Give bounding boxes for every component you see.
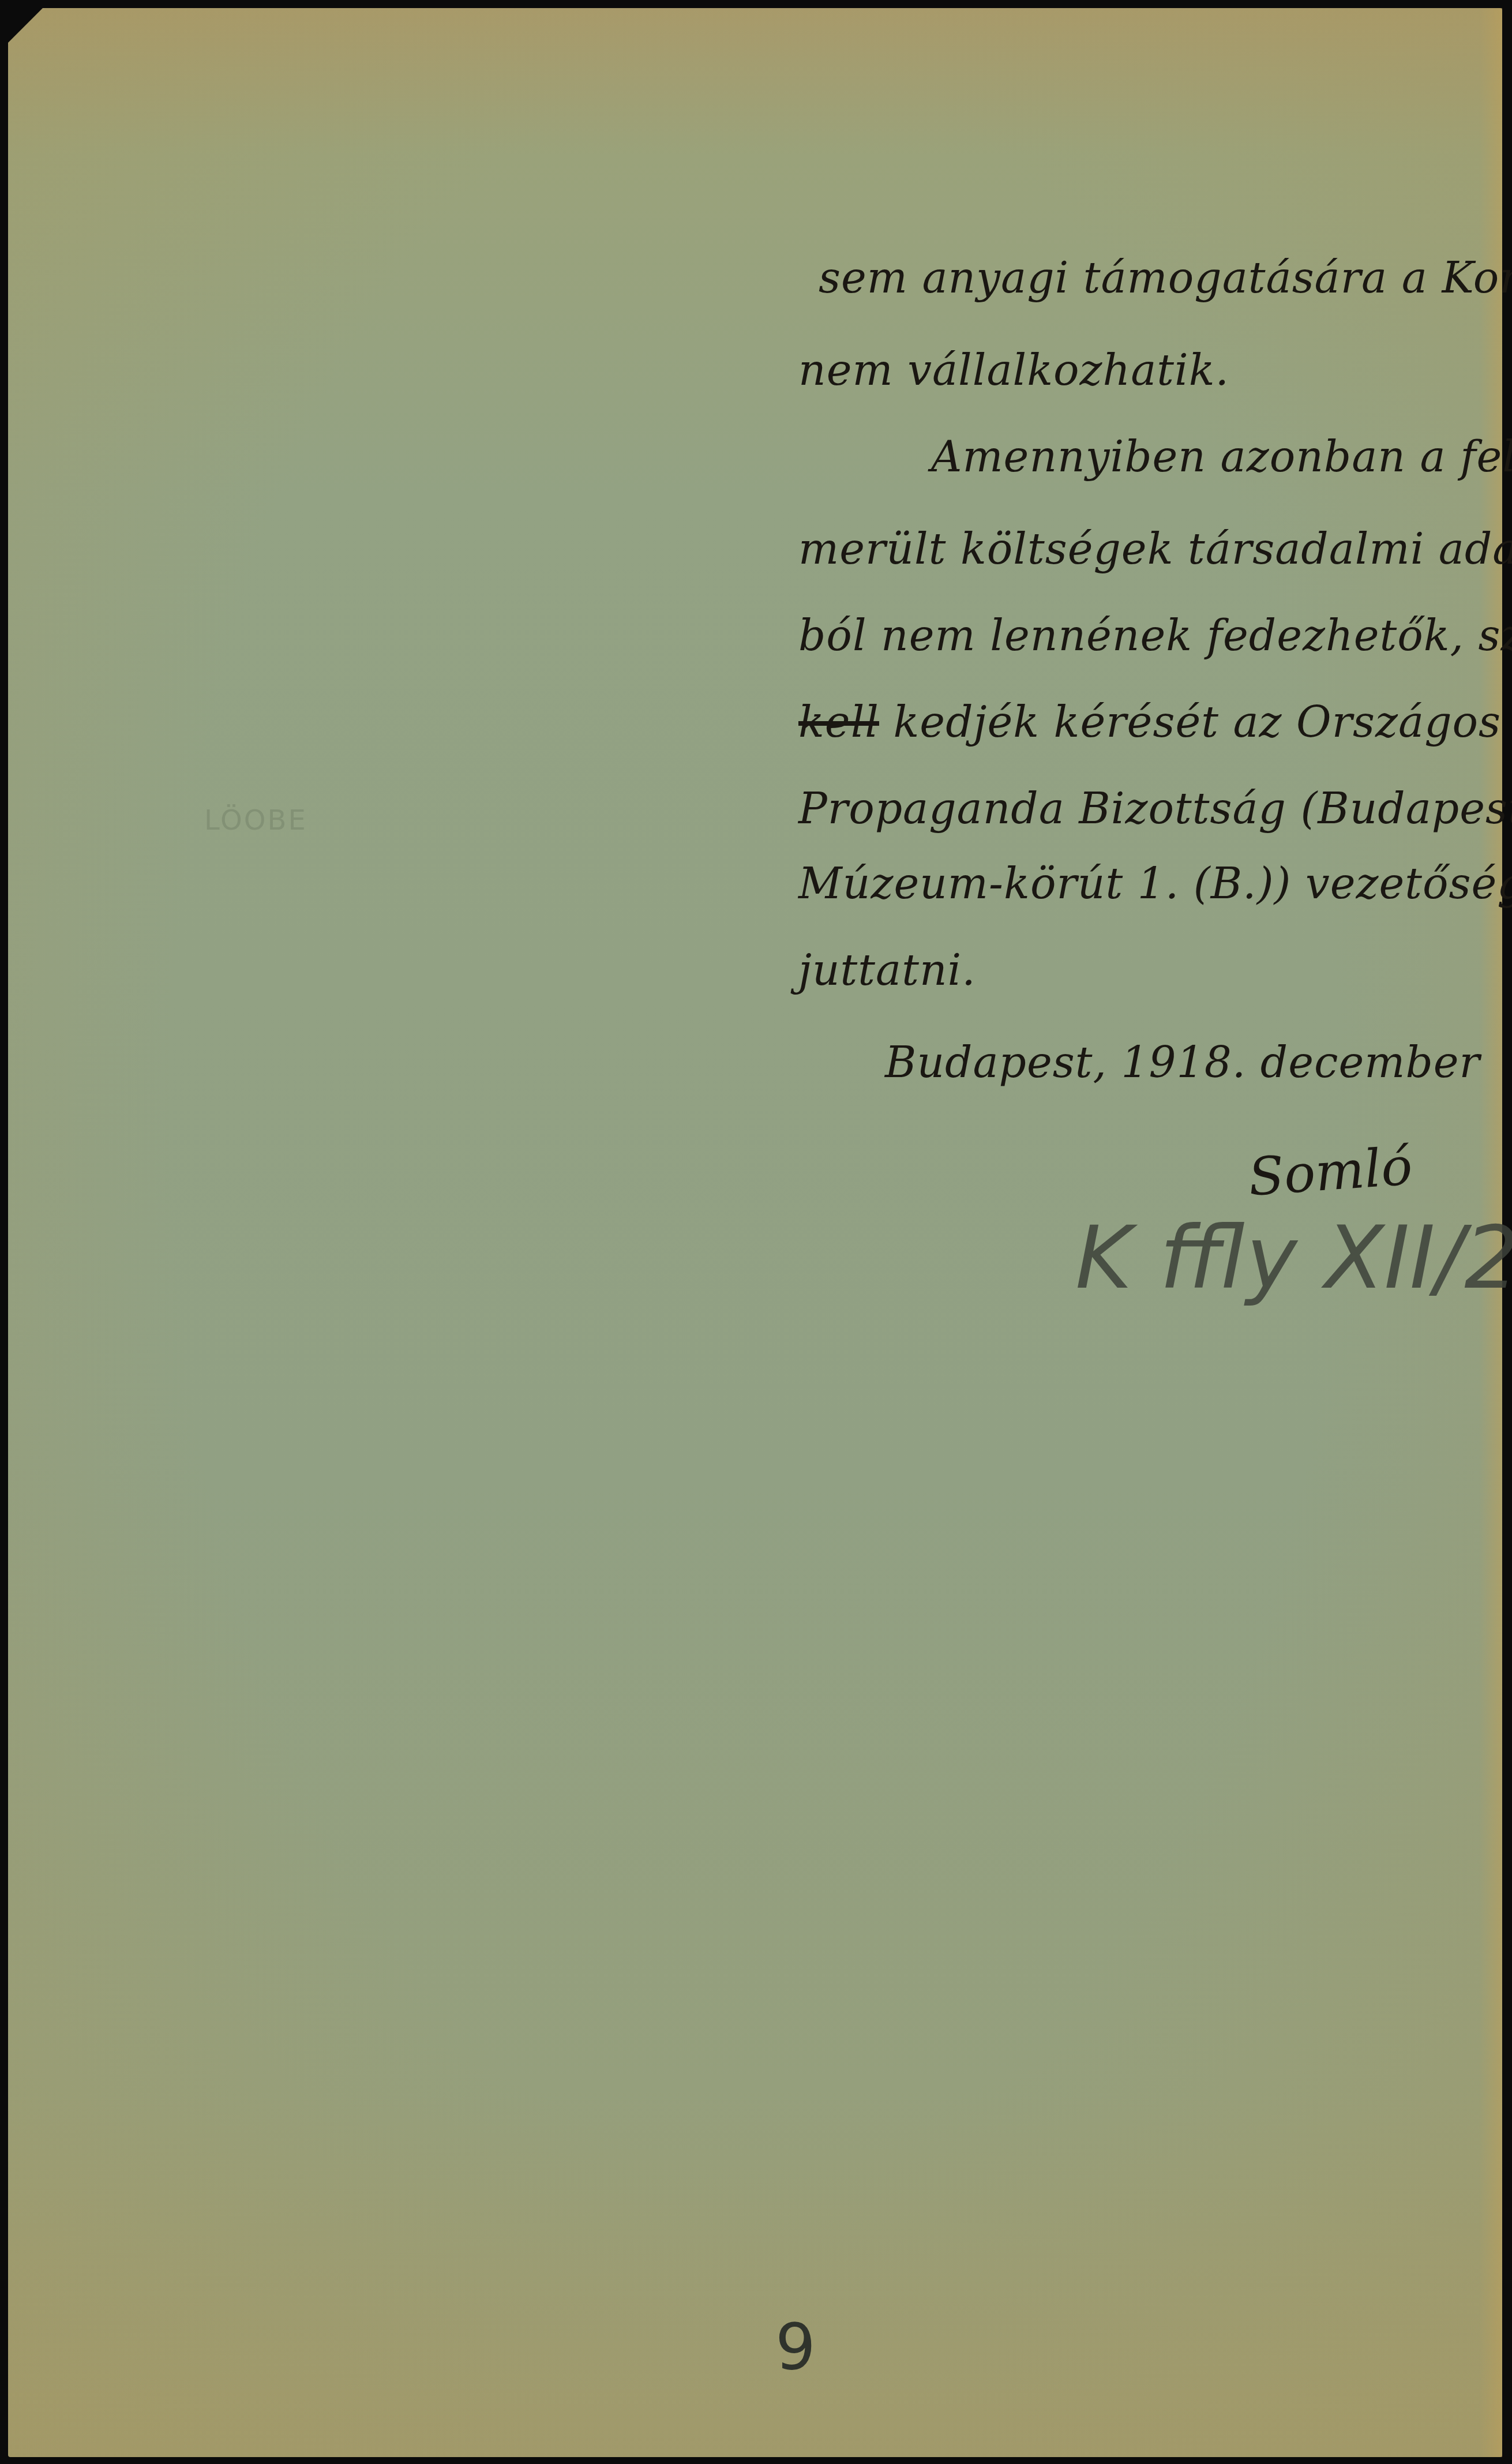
- text-line-6-body: kedjék kérését az Országos: [894, 697, 1502, 747]
- date-line: Budapest, 1918. december: [885, 1038, 1480, 1087]
- text-line-1: sem anyagi támogatására a Kormányzat: [819, 253, 1512, 303]
- pencil-annotation: K ffly XII/20: [1075, 1208, 1512, 1308]
- struck-word: kell: [798, 697, 879, 747]
- text-line-4: merült költségek társadalmi adakozás-: [798, 524, 1512, 574]
- text-line-2: nem vállalkozhatik.: [798, 346, 1229, 395]
- signature: Somló: [1247, 1136, 1415, 1208]
- page-number: 9: [775, 2310, 816, 2384]
- document-page: LÖOBE sem anyagi támogatására a Kormányz…: [8, 8, 1502, 2457]
- text-line-7: Propaganda Bizottság (Budapest, IV.: [798, 784, 1512, 834]
- text-line-5: ból nem lennének fedezhetők, szíves-: [798, 611, 1512, 661]
- text-line-3: Amennyiben azonban a fel-: [931, 432, 1512, 482]
- text-line-6: kell kedjék kérését az Országos: [798, 697, 1501, 747]
- text-line-8: Múzeum-körút 1. (B.)) vezetőségéhez: [798, 859, 1512, 909]
- text-line-9: juttatni.: [798, 946, 976, 995]
- bleed-through-text: LÖOBE: [204, 804, 307, 837]
